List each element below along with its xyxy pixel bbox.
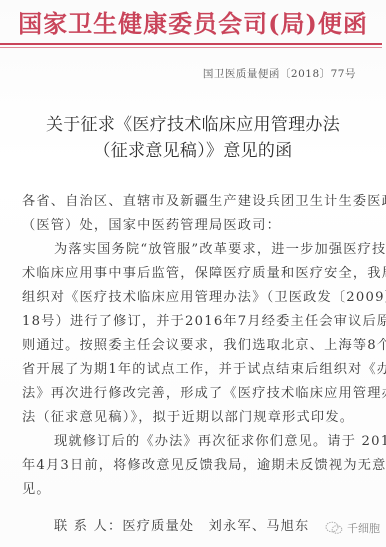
- wechat-icon: [325, 521, 343, 535]
- watermark: 千细胞: [325, 520, 380, 536]
- body-line-para2-3: 见。: [22, 478, 362, 502]
- body-line-addressee-2: （医管）处，国家中医药管理局医政司：: [22, 214, 362, 238]
- contact-label: 联 系 人：: [54, 519, 122, 534]
- title-line-2: （征求意见稿）》意见的函: [0, 138, 386, 164]
- contact-value: 医疗质量处 刘永军、马旭东: [122, 519, 309, 534]
- title-line-1: 关于征求《医疗技术临床应用管理办法: [0, 112, 386, 138]
- red-rule-thin: [0, 47, 382, 48]
- body-line-para2-2: 年4月3日前，将修改意见反馈我局，逾期未反馈视为无意: [22, 454, 362, 478]
- letterhead-title: 国家卫生健康委员会司(局)便函: [0, 4, 386, 39]
- document-body: 各省、自治区、直辖市及新疆生产建设兵团卫生计生委医政 （医管）处，国家中医药管理…: [22, 190, 362, 502]
- body-line-para1-2: 术临床应用事中事后监管，保障医疗质量和医疗安全，我局: [22, 262, 362, 286]
- body-line-para2-1: 现就修订后的《办法》再次征求你们意见。请于 2018: [22, 430, 362, 454]
- document-title: 关于征求《医疗技术临床应用管理办法 （征求意见稿）》意见的函: [0, 112, 386, 164]
- body-line-para1-8: 法（征求意见稿）》，拟于近期以部门规章形式印发。: [22, 406, 362, 430]
- body-line-para1-5: 则通过。按照委主任会议要求，我们选取北京、上海等8个: [22, 334, 362, 358]
- contact-line: 联 系 人：医疗质量处 刘永军、马旭东: [54, 515, 309, 534]
- body-line-para1-3: 组织对《医疗技术临床应用管理办法》（卫医政发〔2009〕: [22, 286, 362, 310]
- document-page: 国家卫生健康委员会司(局)便函 国卫医质量便函〔2018〕77号 关于征求《医疗…: [0, 0, 386, 547]
- body-line-para1-6: 省开展了为期1年的试点工作，并于试点结束后组织对《办: [22, 358, 362, 382]
- watermark-text: 千细胞: [347, 520, 380, 536]
- body-line-para1-7: 法》再次进行修改完善，形成了《医疗技术临床应用管理办: [22, 382, 362, 406]
- letterhead-red-rule: [0, 43, 382, 49]
- body-line-para1-4: 18号）进行了修订，并于2016年7月经委主任会审议后原: [22, 310, 362, 334]
- body-line-addressee-1: 各省、自治区、直辖市及新疆生产建设兵团卫生计生委医政: [22, 190, 362, 214]
- body-line-para1-1: 为落实国务院“放管服”改革要求，进一步加强医疗技: [22, 238, 362, 262]
- red-rule-thick: [0, 43, 382, 45]
- document-number: 国卫医质量便函〔2018〕77号: [203, 66, 356, 81]
